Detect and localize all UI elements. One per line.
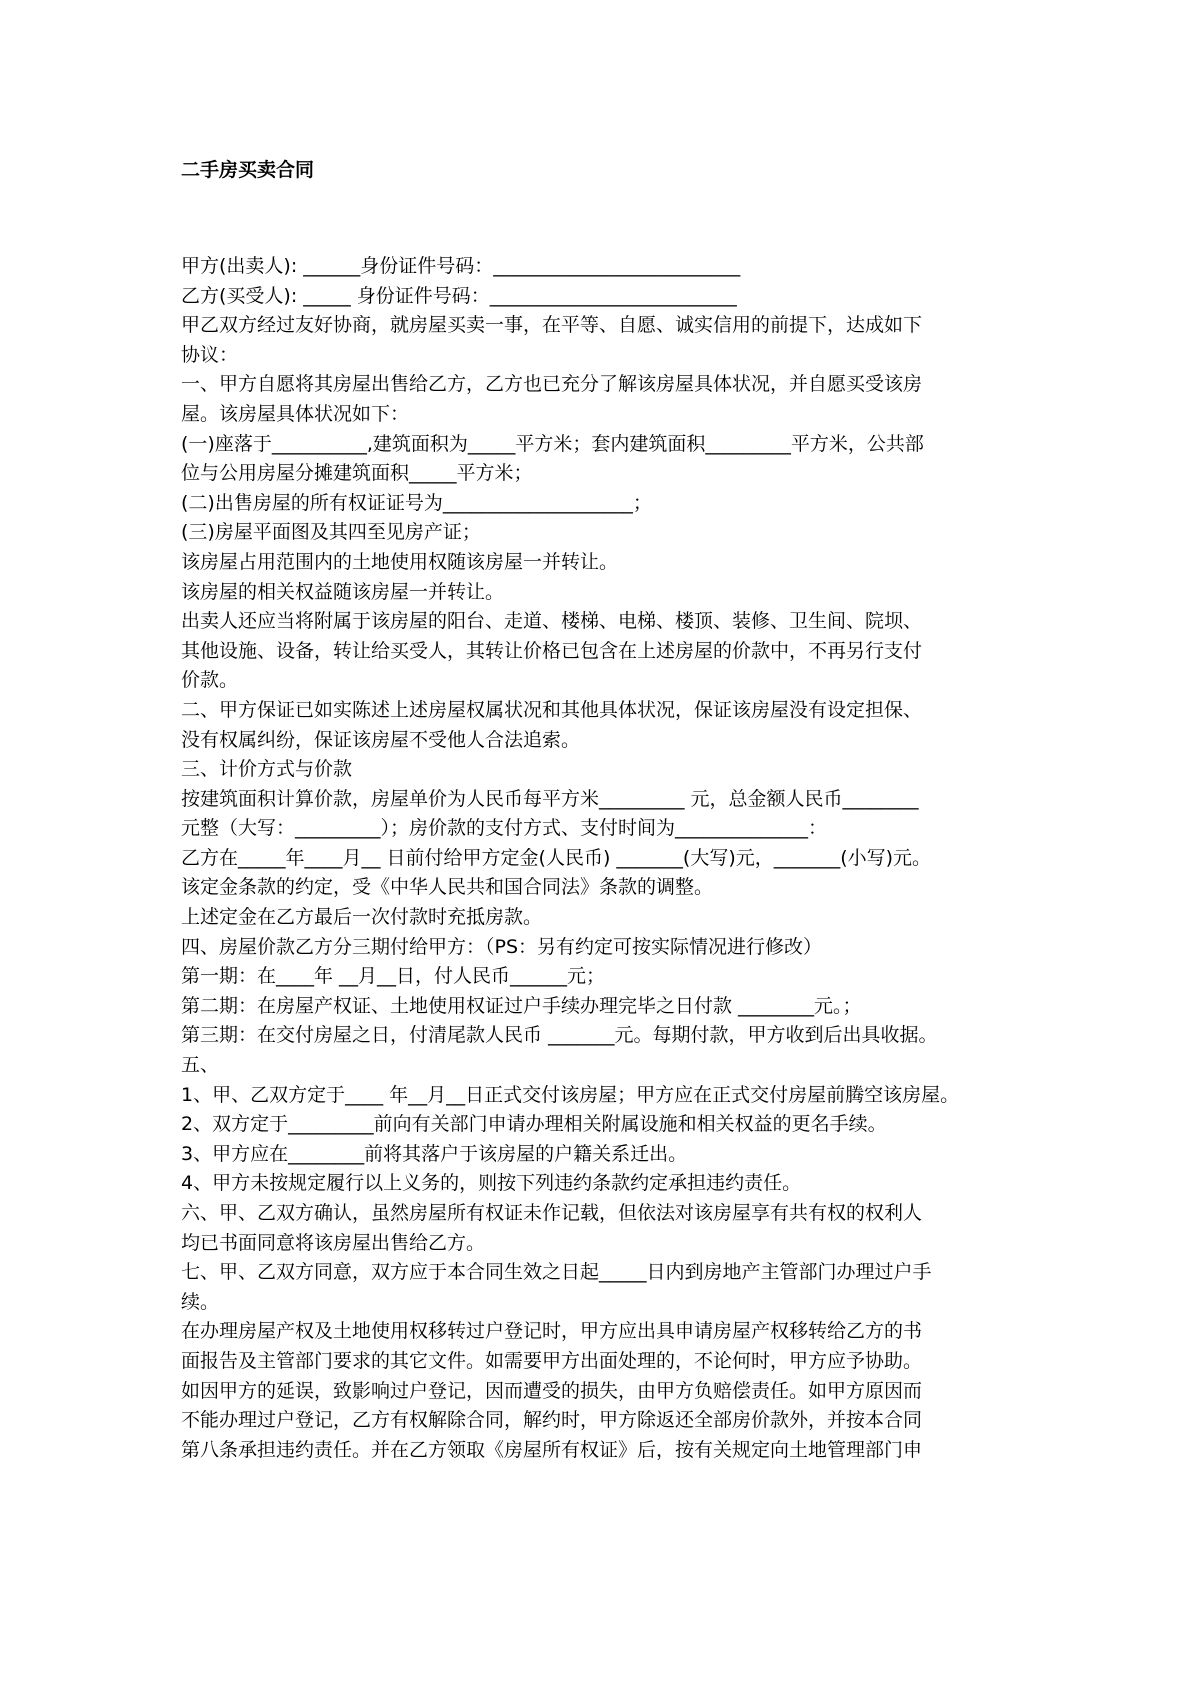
clause-1-item-1-line: 位与公用房屋分摊建筑面积_____平方米； <box>181 459 1031 489</box>
clause-1-item-2-line: (二)出售房屋的所有权证证号为____________________； <box>181 489 1031 519</box>
party-a-line: 甲方(出卖人): ______身份证件号码：__________________… <box>181 252 1031 282</box>
clause-1-line: 屋。该房屋具体状况如下： <box>181 400 1031 430</box>
installment-2-line: 第二期：在房屋产权证、土地使用权证过户手续办理完毕之日付款 ________元。… <box>181 992 1031 1022</box>
transfer-line: 面报告及主管部门要求的其它文件。如需要甲方出面处理的，不论何时，甲方应予协助。 <box>181 1347 1031 1377</box>
clause-1-item-1-line: (一)座落于__________,建筑面积为_____平方米；套内建筑面积___… <box>181 430 1031 460</box>
document-page: 二手房买卖合同 甲方(出卖人): ______身份证件号码：__________… <box>0 0 1190 1683</box>
delay-liability-line: 如因甲方的延误，致影响过户登记，因而遭受的损失，由甲方负赔偿责任。如甲方原因而 <box>181 1377 1031 1407</box>
clause-5-item-2: 2、双方定于_________前向有关部门申请办理相关附属设施和相关权益的更名手… <box>181 1110 1031 1140</box>
clause-5-item-3: 3、甲方应在________前将其落户于该房屋的户籍关系迁出。 <box>181 1140 1031 1170</box>
fixtures-line: 价款。 <box>181 666 1031 696</box>
clause-1-line: 一、甲方自愿将其房屋出售给乙方，乙方也已充分了解该房屋具体状况，并自愿买受该房 <box>181 370 1031 400</box>
clause-5-heading: 五、 <box>181 1051 1031 1081</box>
pricing-line: 按建筑面积计算价款，房屋单价为人民币每平方米_________ 元，总金额人民币… <box>181 785 1031 815</box>
clause-7-line: 七、甲、乙双方同意，双方应于本合同生效之日起_____日内到房地产主管部门办理过… <box>181 1258 1031 1288</box>
clause-6-line: 六、甲、乙双方确认，虽然房屋所有权证未作记载，但依法对该房屋享有共有权的权利人 <box>181 1199 1031 1229</box>
fixtures-line: 其他设施、设备，转让给买受人，其转让价格已包含在上述房屋的价款中，不再另行支付 <box>181 637 1031 667</box>
preamble-line: 协议： <box>181 341 1031 371</box>
preamble-line: 甲乙双方经过友好协商，就房屋买卖一事，在平等、自愿、诚实信用的前提下，达成如下 <box>181 311 1031 341</box>
clause-7-line: 续。 <box>181 1288 1031 1318</box>
clause-6-line: 均已书面同意将该房屋出售给乙方。 <box>181 1229 1031 1259</box>
fixtures-line: 出卖人还应当将附属于该房屋的阳台、走道、楼梯、电梯、楼顶、装修、卫生间、院坝、 <box>181 607 1031 637</box>
deposit-offset-line: 上述定金在乙方最后一次付款时充抵房款。 <box>181 903 1031 933</box>
land-use-line: 该房屋占用范围内的土地使用权随该房屋一并转让。 <box>181 548 1031 578</box>
document-title: 二手房买卖合同 <box>181 156 314 184</box>
party-b-line: 乙方(买受人): _____ 身份证件号码：__________________… <box>181 282 1031 312</box>
clause-4-heading: 四、房屋价款乙方分三期付给甲方：（PS：另有约定可按实际情况进行修改） <box>181 933 1031 963</box>
delay-liability-line: 第八条承担违约责任。并在乙方领取《房屋所有权证》后，按有关规定向土地管理部门申 <box>181 1436 1031 1466</box>
clause-2-line: 二、甲方保证已如实陈述上述房屋权属状况和其他具体状况，保证该房屋没有设定担保、 <box>181 696 1031 726</box>
deposit-line: 乙方在_____年____月__ 日前付给甲方定金(人民币) _______(大… <box>181 844 1031 874</box>
document-body: 甲方(出卖人): ______身份证件号码：__________________… <box>181 252 1031 1465</box>
clause-5-item-4: 4、甲方未按规定履行以上义务的，则按下列违约条款约定承担违约责任。 <box>181 1169 1031 1199</box>
clause-3-heading: 三、计价方式与价款 <box>181 755 1031 785</box>
transfer-line: 在办理房屋产权及土地使用权移转过户登记时，甲方应出具申请房屋产权移转给乙方的书 <box>181 1317 1031 1347</box>
installment-3-line: 第三期：在交付房屋之日，付清尾款人民币 _______元。每期付款，甲方收到后出… <box>181 1021 1031 1051</box>
deposit-law-line: 该定金条款的约定，受《中华人民共和国合同法》条款的调整。 <box>181 873 1031 903</box>
clause-2-line: 没有权属纠纷，保证该房屋不受他人合法追索。 <box>181 726 1031 756</box>
clause-1-item-3-line: (三)房屋平面图及其四至见房产证； <box>181 518 1031 548</box>
rights-line: 该房屋的相关权益随该房屋一并转让。 <box>181 578 1031 608</box>
installment-1-line: 第一期：在____年 __月__日，付人民币______元； <box>181 962 1031 992</box>
clause-5-item-1: 1、甲、乙双方定于____ 年__月__日正式交付该房屋；甲方应在正式交付房屋前… <box>181 1081 1031 1111</box>
delay-liability-line: 不能办理过户登记，乙方有权解除合同，解约时，甲方除返还全部房价款外，并按本合同 <box>181 1406 1031 1436</box>
pricing-line: 元整（大写：_________）；房价款的支付方式、支付时间为_________… <box>181 814 1031 844</box>
